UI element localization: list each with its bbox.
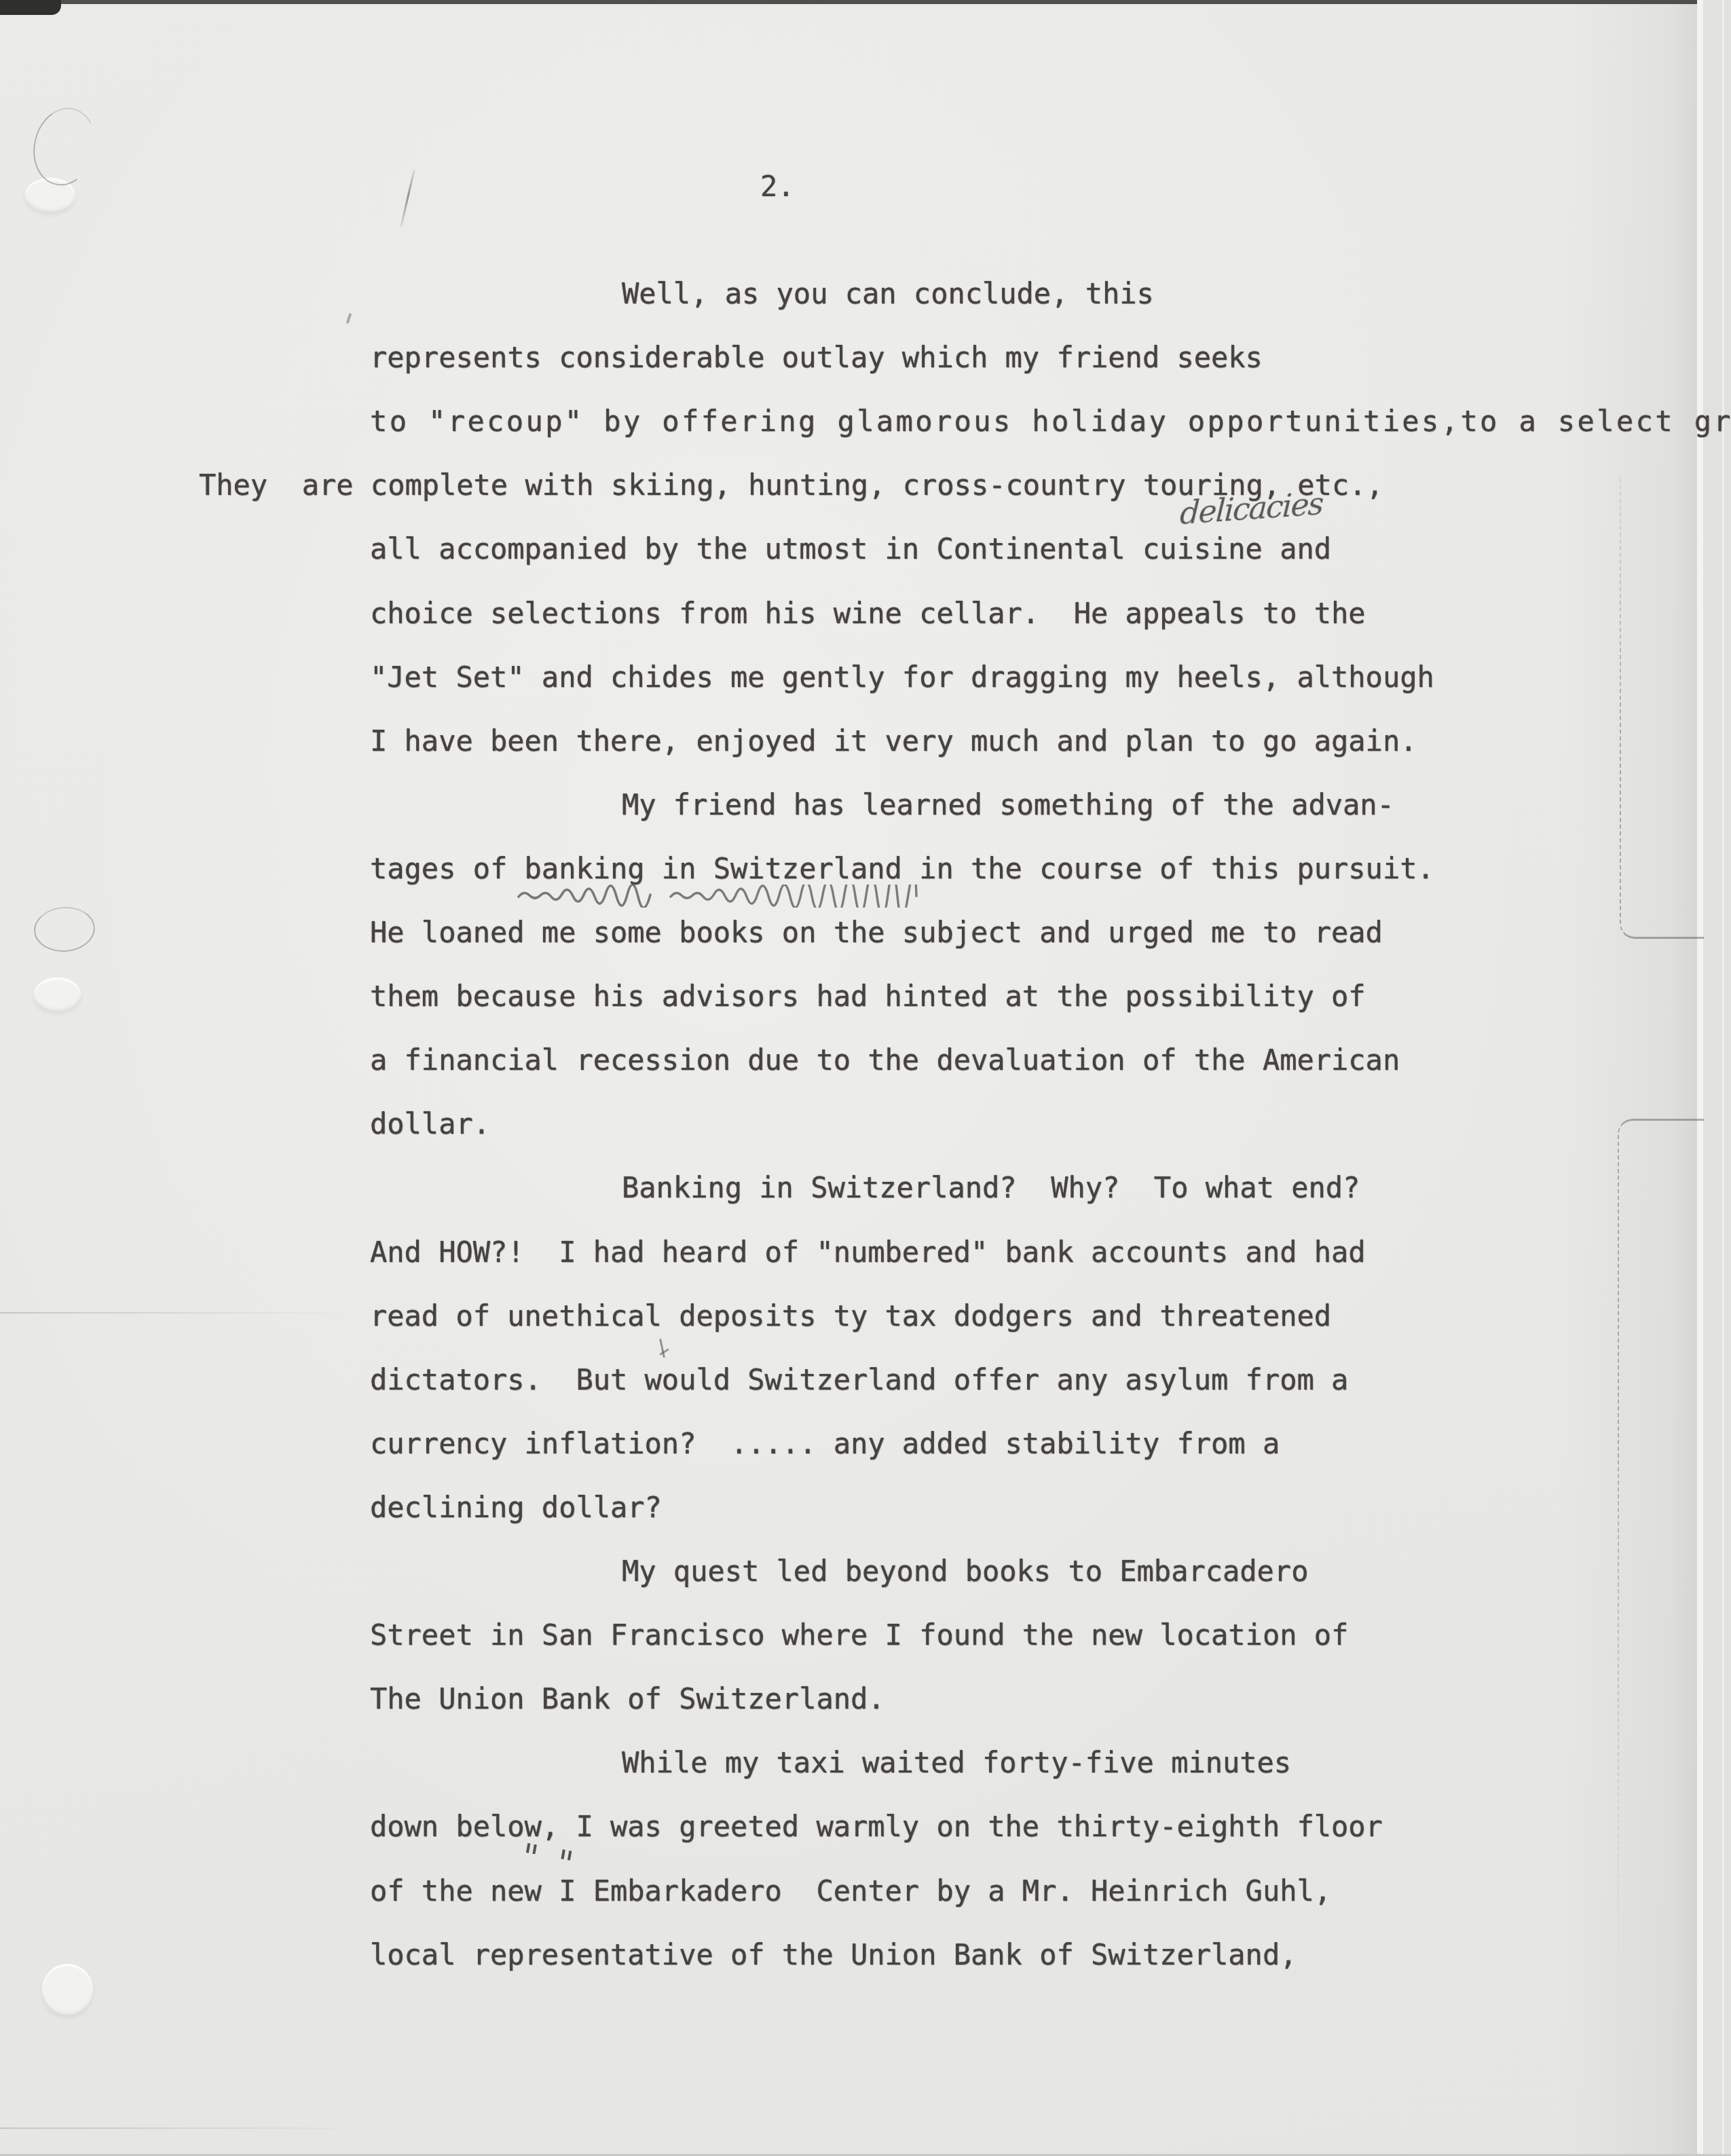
typed-line: read of unethical deposits ty tax dodger… (370, 1302, 1331, 1331)
typed-line: "Jet Set" and chides me gently for dragg… (370, 663, 1434, 692)
typed-line: Well, as you can conclude, this (622, 280, 1154, 308)
typed-line: of the new I Embarkadero Center by a Mr.… (370, 1877, 1331, 1906)
typed-line: He loaned me some books on the subject a… (370, 918, 1383, 947)
typed-line: And HOW?! I had heard of "numbered" bank… (370, 1238, 1366, 1267)
typed-line: Street in San Francisco where I found th… (370, 1621, 1348, 1650)
typed-line: all accompanied by the utmost in Contine… (370, 535, 1331, 563)
typed-line: them because his advisors had hinted at … (370, 982, 1366, 1011)
typed-line: I have been there, enjoyed it very much … (370, 727, 1417, 756)
typed-line: dictators. But would Switzerland offer a… (370, 1366, 1348, 1394)
typed-line: a financial recession due to the devalua… (370, 1046, 1400, 1075)
typed-line: tages of banking in Switzerland in the c… (370, 855, 1434, 883)
typed-line: represents considerable outlay which my … (370, 343, 1263, 372)
typed-line: currency inflation? ..... any added stab… (370, 1430, 1280, 1458)
typed-line: declining dollar? (370, 1493, 662, 1522)
scanned-letter-page: 2. Well, as you can conclude, thisrepres… (0, 0, 1731, 2156)
typed-line: Banking in Switzerland? Why? To what end… (622, 1174, 1360, 1202)
typed-line: local representative of the Union Bank o… (370, 1941, 1297, 1969)
typed-line: While my taxi waited forty-five minutes (622, 1749, 1291, 1777)
typed-line: The Union Bank of Switzerland. (370, 1685, 885, 1713)
typed-lines: Well, as you can conclude, thisrepresent… (0, 0, 1731, 2156)
typed-line: choice selections from his wine cellar. … (370, 599, 1366, 628)
wavy-underline-banking-in-switzerland (516, 885, 923, 908)
typed-line: to "recoup" by offering glamorous holida… (370, 407, 1731, 436)
typed-line: My quest led beyond books to Embarcadero (622, 1557, 1308, 1586)
typed-line: dollar. (370, 1110, 490, 1138)
typed-line: My friend has learned something of the a… (622, 791, 1394, 819)
typed-line: down below, I was greeted warmly on the … (370, 1813, 1383, 1841)
